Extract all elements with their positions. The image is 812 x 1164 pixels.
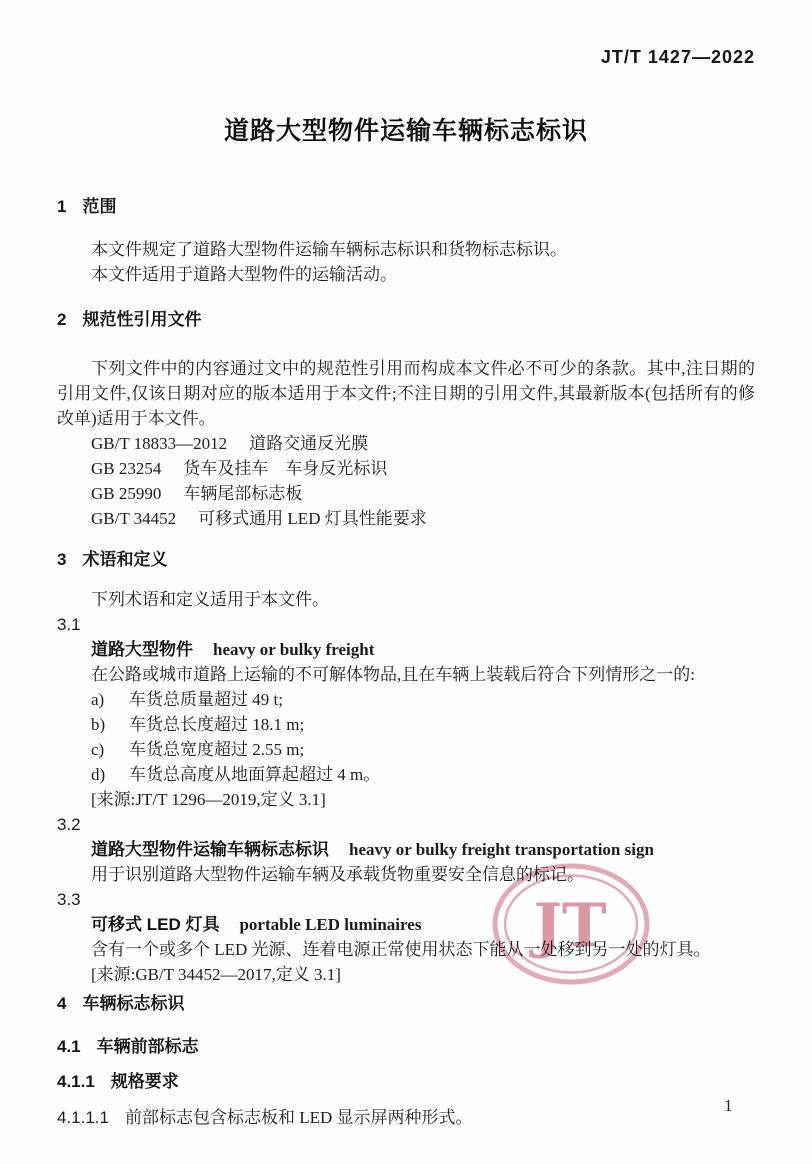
list-item-label: b) bbox=[91, 712, 129, 737]
section-4-heading: 4车辆标志标识 bbox=[57, 992, 755, 1015]
term-zh: 可移式 LED 灯具 bbox=[91, 915, 219, 934]
reference-item: GB/T 34452可移式通用 LED 灯具性能要求 bbox=[91, 506, 755, 531]
term-definition: 含有一个或多个 LED 光源、连着电源正常使用状态下能从一处移到另一处的灯具。 bbox=[91, 937, 755, 962]
section-3-heading: 3术语和定义 bbox=[57, 548, 755, 571]
clause-number: 4.1.1.1 bbox=[57, 1108, 109, 1127]
clause-4-1-1-1: 4.1.1.1前部标志包含标志板和 LED 显示屏两种形式。 bbox=[57, 1105, 755, 1130]
clause-text: 前部标志包含标志板和 LED 显示屏两种形式。 bbox=[125, 1108, 473, 1127]
section-title: 车辆标志标识 bbox=[82, 994, 184, 1013]
section-number: 2 bbox=[57, 310, 66, 329]
document-title: 道路大型物件运输车辆标志标识 bbox=[57, 114, 755, 148]
term-heading: 道路大型物件heavy or bulky freight bbox=[91, 637, 755, 662]
list-item-label: a) bbox=[91, 687, 129, 712]
section-1-heading: 1范围 bbox=[57, 195, 755, 218]
list-item-label: d) bbox=[91, 762, 129, 787]
s1-paragraph-1: 本文件规定了道路大型物件运输车辆标志标识和货物标志标识。 bbox=[57, 237, 755, 262]
section-number: 4.1.1 bbox=[57, 1072, 95, 1091]
section-number: 3 bbox=[57, 550, 66, 569]
term-definition: 用于识别道路大型物件运输车辆及承载货物重要安全信息的标记。 bbox=[91, 862, 755, 887]
list-item: a)车货总质量超过 49 t; bbox=[91, 687, 755, 712]
reference-item: GB 25990车辆尾部标志板 bbox=[91, 481, 755, 506]
term-source: [来源:GB/T 34452—2017,定义 3.1] bbox=[91, 962, 755, 987]
term-zh: 道路大型物件运输车辆标志标识 bbox=[91, 840, 329, 859]
section-number: 4.1 bbox=[57, 1037, 81, 1056]
page-number: 1 bbox=[724, 1095, 733, 1117]
ref-title: 货车及挂车 车身反光标识 bbox=[183, 459, 387, 478]
ref-code: GB 25990 bbox=[91, 484, 161, 503]
section-title: 规格要求 bbox=[111, 1072, 179, 1091]
reference-item: GB 23254货车及挂车 车身反光标识 bbox=[91, 456, 755, 481]
document-page: JT/T 1427—2022 道路大型物件运输车辆标志标识 1范围 本文件规定了… bbox=[0, 0, 812, 1164]
ref-title: 道路交通反光膜 bbox=[249, 434, 368, 453]
list-item-text: 车货总质量超过 49 t; bbox=[129, 690, 283, 709]
term-en: heavy or bulky freight transportation si… bbox=[349, 840, 654, 859]
list-item: d)车货总高度从地面算起超过 4 m。 bbox=[91, 762, 755, 787]
section-title: 车辆前部标志 bbox=[97, 1037, 199, 1056]
term-zh: 道路大型物件 bbox=[91, 640, 193, 659]
doc-number: JT/T 1427—2022 bbox=[57, 46, 755, 68]
reference-list: GB/T 18833—2012道路交通反光膜 GB 23254货车及挂车 车身反… bbox=[57, 431, 755, 531]
list-item-text: 车货总宽度超过 2.55 m; bbox=[129, 740, 304, 759]
section-number: 1 bbox=[57, 197, 66, 216]
s2-paragraph-1: 下列文件中的内容通过文中的规范性引用而构成本文件必不可少的条款。其中,注日期的引… bbox=[57, 356, 755, 431]
ref-title: 车辆尾部标志板 bbox=[183, 484, 302, 503]
term-source: [来源:JT/T 1296—2019,定义 3.1] bbox=[91, 787, 755, 812]
ref-title: 可移式通用 LED 灯具性能要求 bbox=[198, 509, 427, 528]
s1-paragraph-2: 本文件适用于道路大型物件的运输活动。 bbox=[57, 262, 755, 287]
term-en: portable LED luminaires bbox=[239, 915, 421, 934]
section-2-heading: 2规范性引用文件 bbox=[57, 308, 755, 331]
term-heading: 道路大型物件运输车辆标志标识heavy or bulky freight tra… bbox=[91, 837, 755, 862]
term-heading: 可移式 LED 灯具portable LED luminaires bbox=[91, 912, 755, 937]
list-item-text: 车货总高度从地面算起超过 4 m。 bbox=[129, 765, 380, 784]
section-title: 术语和定义 bbox=[82, 550, 167, 569]
list-item-text: 车货总长度超过 18.1 m; bbox=[129, 715, 304, 734]
ref-code: GB 23254 bbox=[91, 459, 161, 478]
page-content: JT/T 1427—2022 道路大型物件运输车辆标志标识 1范围 本文件规定了… bbox=[0, 46, 812, 1130]
term-number: 3.3 bbox=[57, 887, 755, 912]
term-number: 3.2 bbox=[57, 812, 755, 837]
list-item: b)车货总长度超过 18.1 m; bbox=[91, 712, 755, 737]
section-4-1-heading: 4.1车辆前部标志 bbox=[57, 1035, 755, 1058]
s3-intro: 下列术语和定义适用于本文件。 bbox=[57, 587, 755, 612]
reference-item: GB/T 18833—2012道路交通反光膜 bbox=[91, 431, 755, 456]
term-en: heavy or bulky freight bbox=[213, 640, 374, 659]
section-title: 规范性引用文件 bbox=[82, 310, 201, 329]
ref-code: GB/T 18833—2012 bbox=[91, 434, 227, 453]
section-number: 4 bbox=[57, 994, 66, 1013]
list-item-label: c) bbox=[91, 737, 129, 762]
term-number: 3.1 bbox=[57, 612, 755, 637]
ref-code: GB/T 34452 bbox=[91, 509, 176, 528]
list-item: c)车货总宽度超过 2.55 m; bbox=[91, 737, 755, 762]
section-title: 范围 bbox=[82, 197, 116, 216]
section-4-1-1-heading: 4.1.1规格要求 bbox=[57, 1070, 755, 1093]
term-definition: 在公路或城市道路上运输的不可解体物品,且在车辆上装载后符合下列情形之一的: bbox=[91, 662, 755, 687]
